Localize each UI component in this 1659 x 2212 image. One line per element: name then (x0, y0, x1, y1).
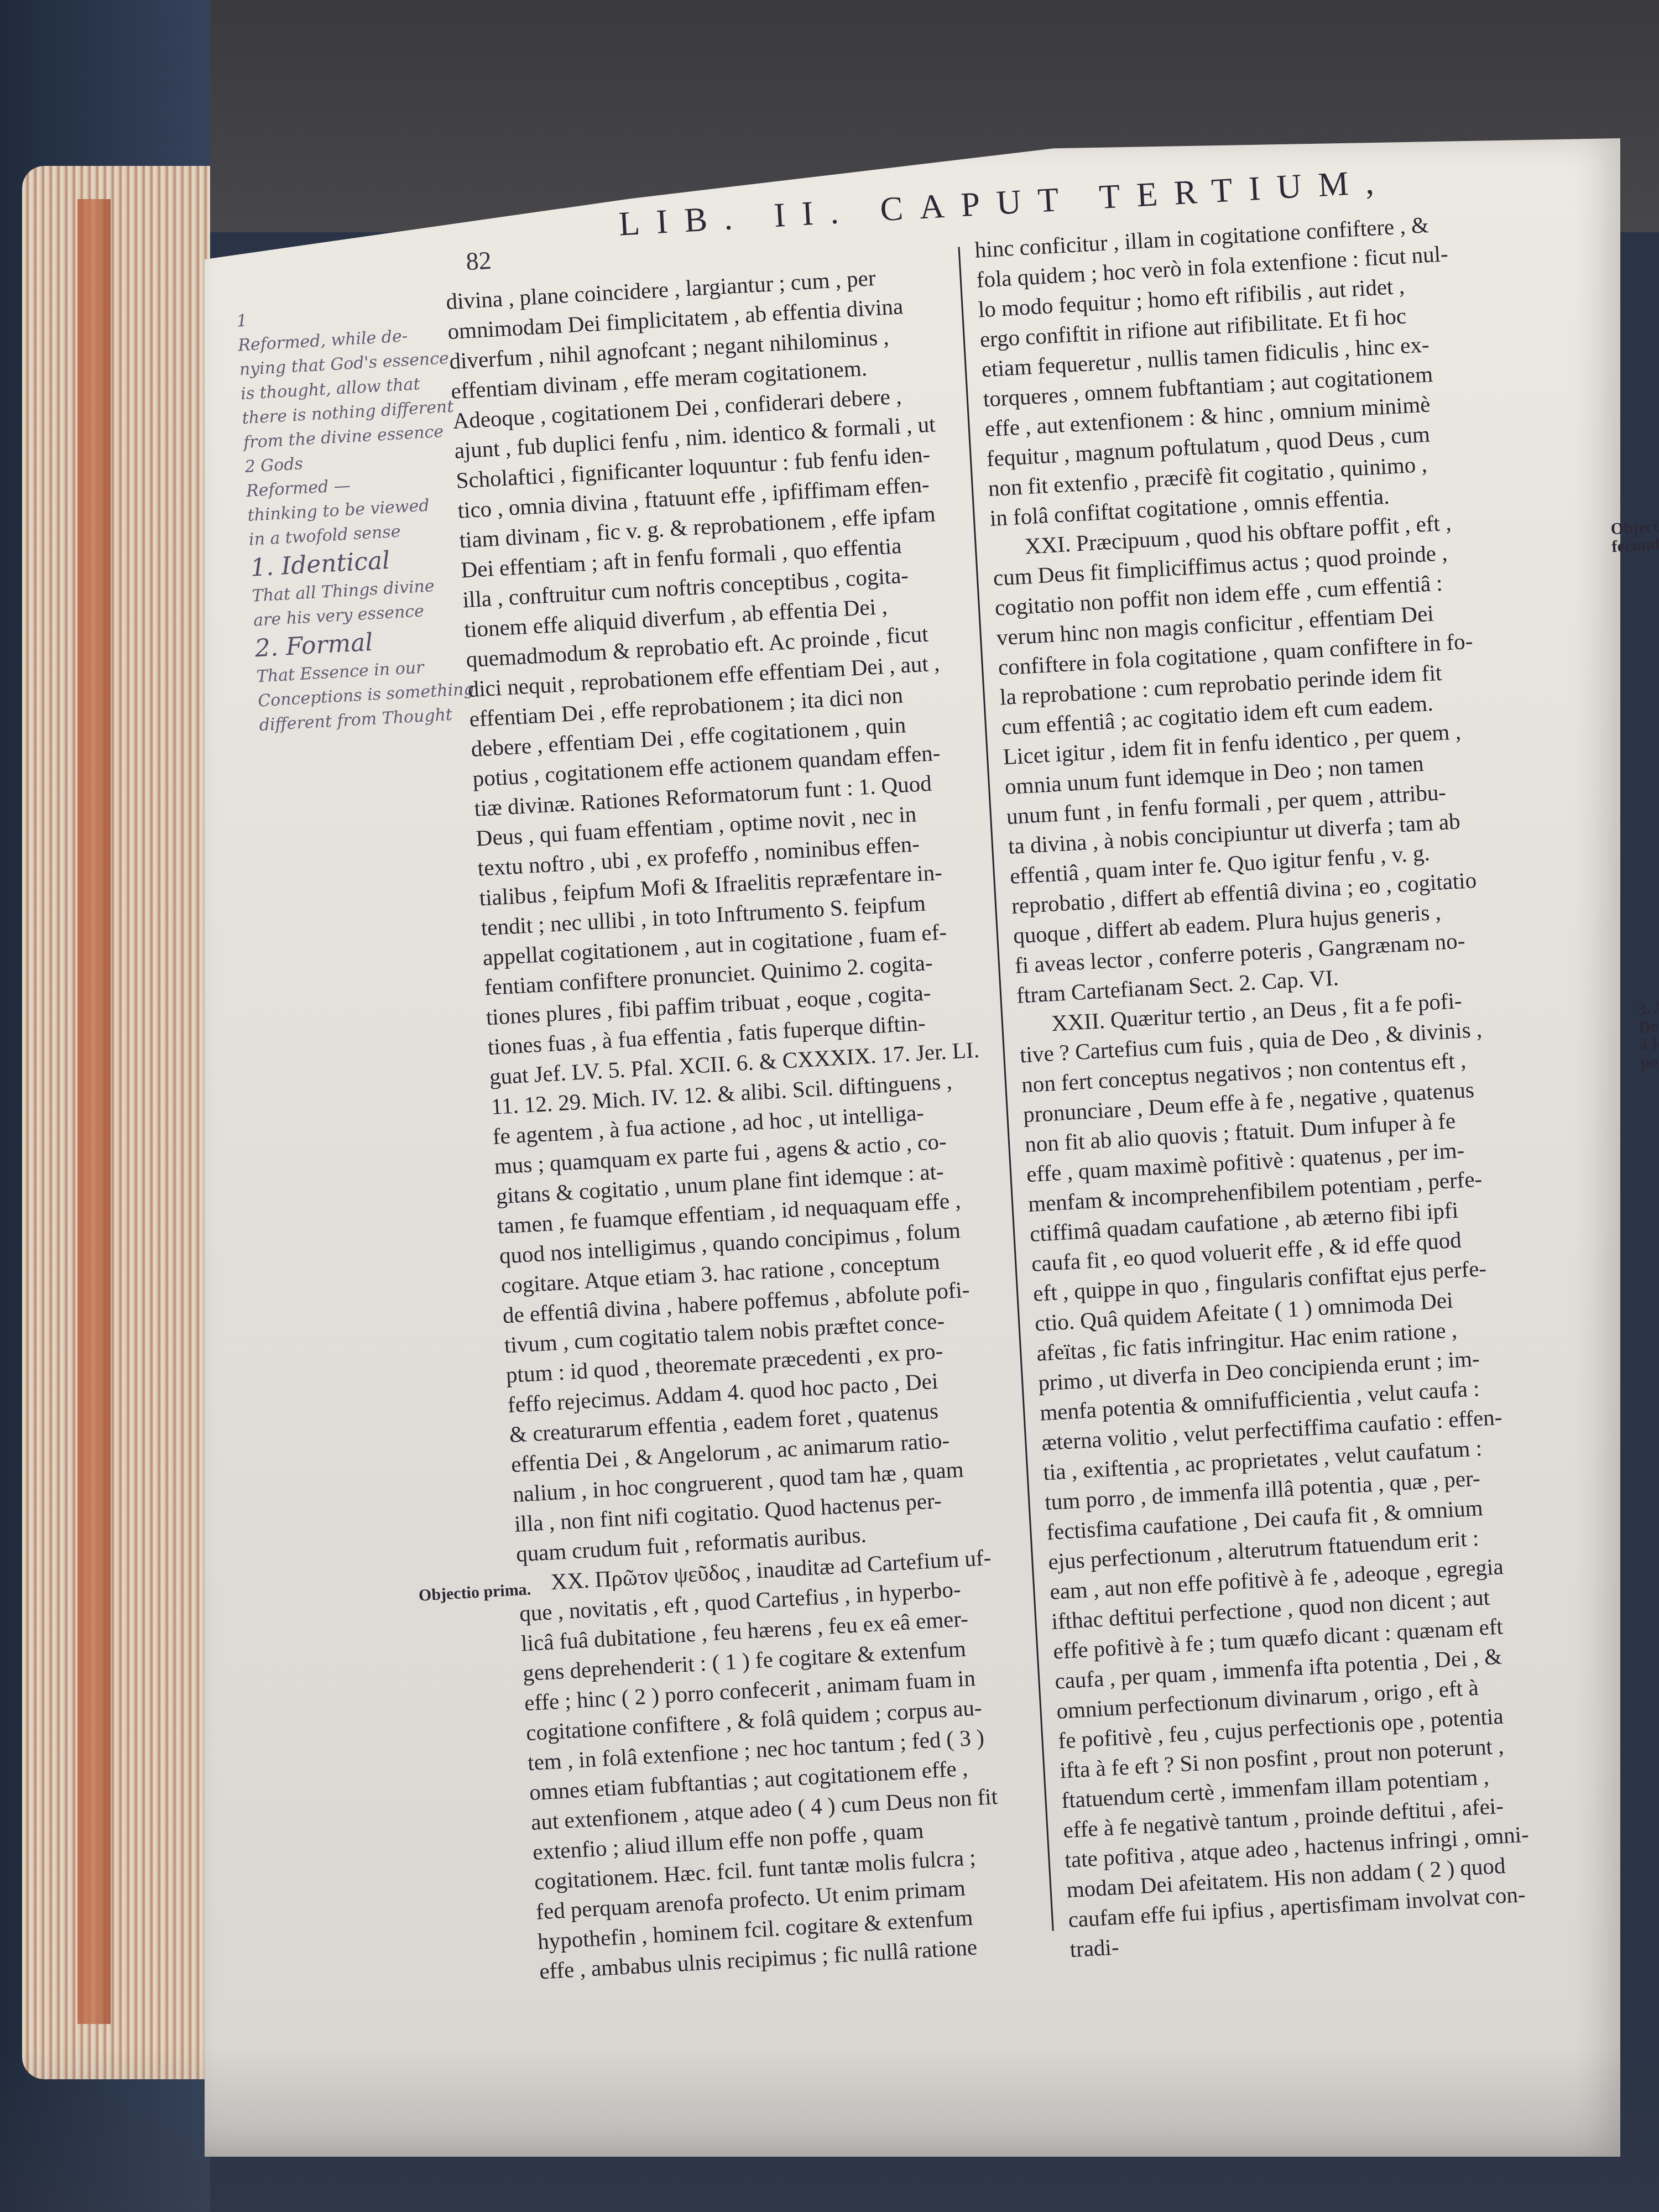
margin-note-question-three: 3. An Deus, fit à fe, pofitive? (1637, 997, 1659, 1071)
book-page-edges (22, 166, 210, 2079)
page-number: 82 (465, 246, 492, 276)
margin-note-objectio-prima: Objectio prima. (418, 1580, 531, 1604)
book-red-edge (77, 199, 111, 2024)
right-column: hinc conficitur , illam in cogitatione c… (974, 201, 1659, 1964)
bottom-shadow (0, 2046, 1659, 2212)
page-content: 82 LIB. II. CAPUT TERTIUM, 1Reformed, wh… (227, 66, 1659, 2076)
margin-note-objectio-secunda: Objectio fecunda. (1610, 517, 1659, 556)
left-column: divina , plane coincidere , largiantur ;… (445, 259, 1037, 1986)
handwritten-annotations: 1Reformed, while de-nying that God's ess… (236, 297, 481, 738)
